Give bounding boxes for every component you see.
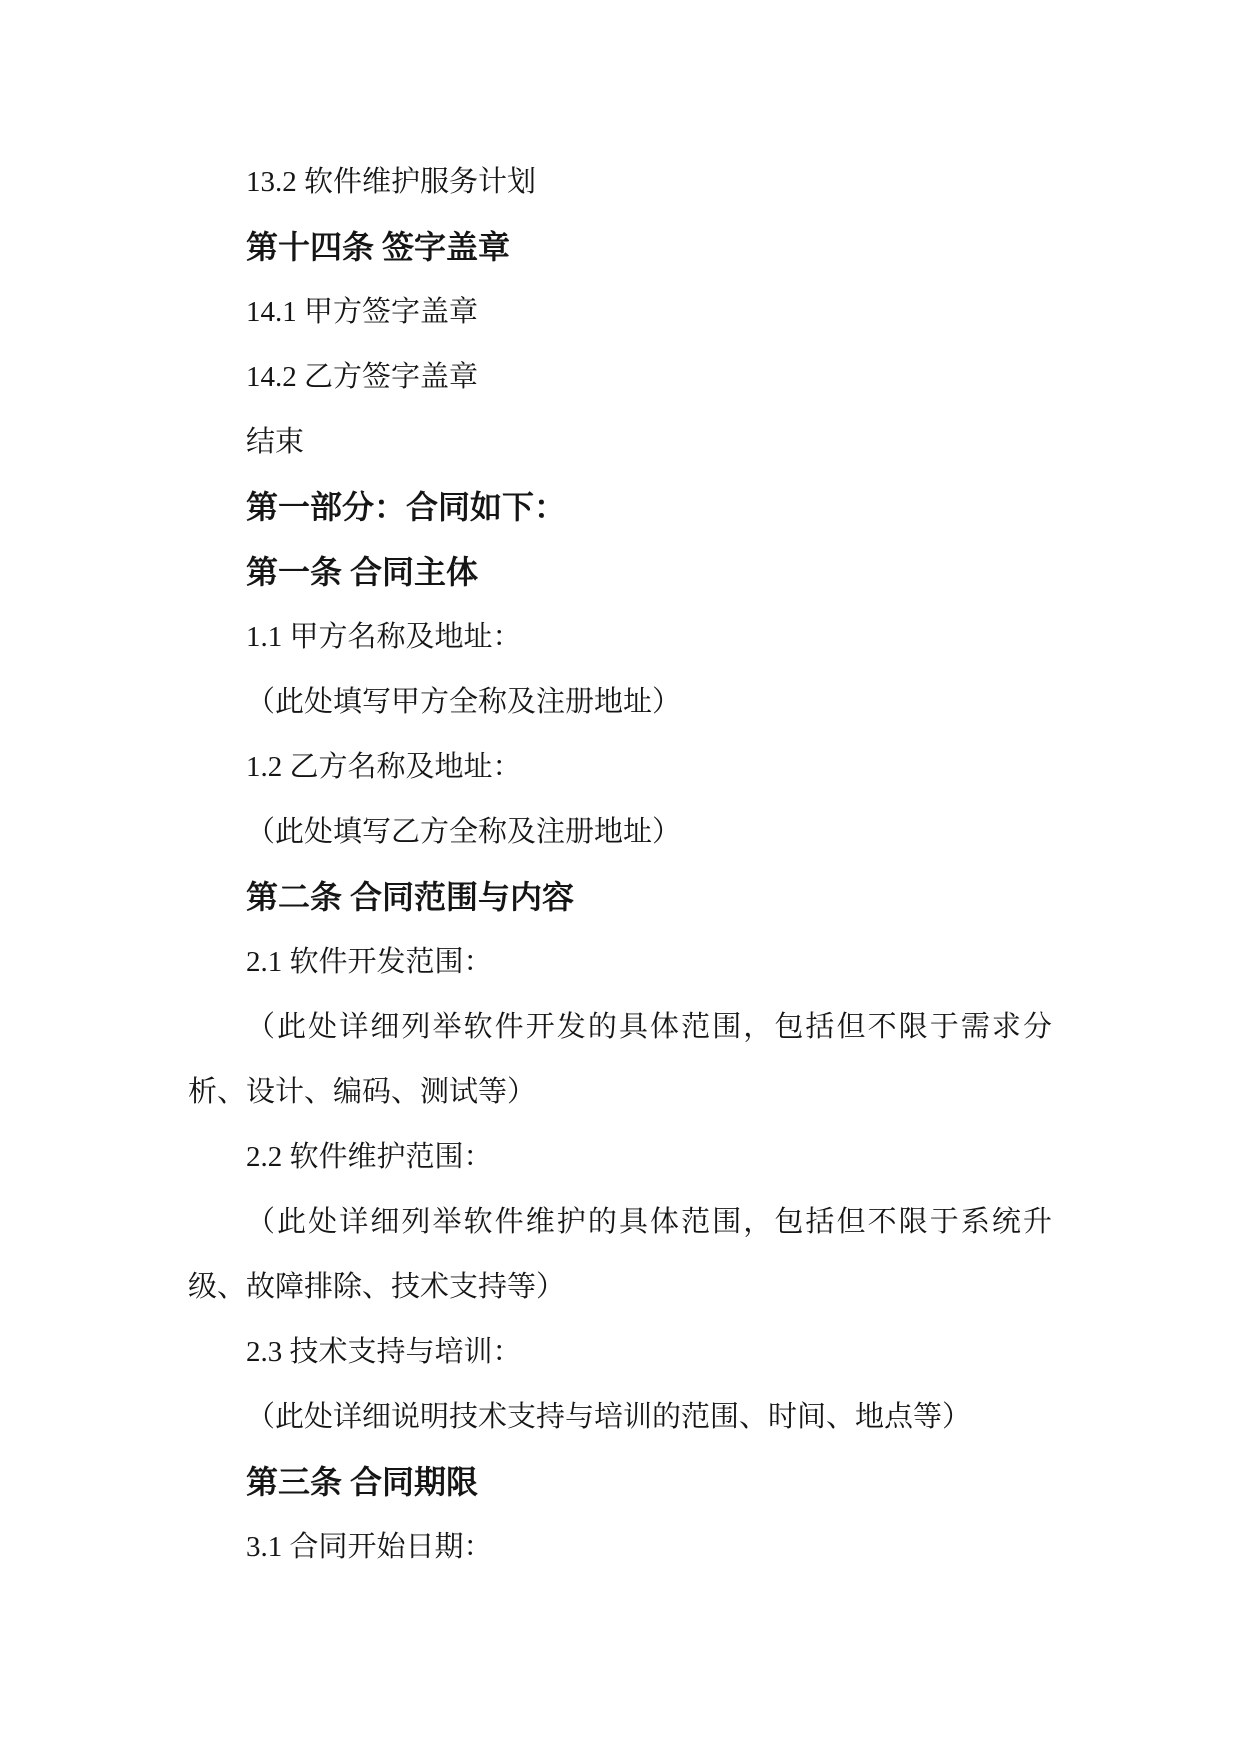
heading-line: 第三条 合同期限 [188, 1450, 1052, 1515]
text-line: （此处详细列举软件维护的具体范围，包括但不限于系统升 [188, 1190, 1052, 1255]
heading-line: 第一部分：合同如下： [188, 475, 1052, 540]
text-line: 2.2 软件维护范围： [188, 1125, 1052, 1190]
text-line: 13.2 软件维护服务计划 [188, 150, 1052, 215]
document-page: 13.2 软件维护服务计划第十四条 签字盖章14.1 甲方签字盖章14.2 乙方… [0, 0, 1240, 1753]
text-line: 1.1 甲方名称及地址： [188, 605, 1052, 670]
heading-line: 第一条 合同主体 [188, 540, 1052, 605]
text-line: （此处填写甲方全称及注册地址） [188, 670, 1052, 735]
text-line: （此处详细说明技术支持与培训的范围、时间、地点等） [188, 1385, 1052, 1450]
document-body: 13.2 软件维护服务计划第十四条 签字盖章14.1 甲方签字盖章14.2 乙方… [188, 150, 1052, 1580]
text-line: 2.1 软件开发范围： [188, 930, 1052, 995]
heading-line: 第十四条 签字盖章 [188, 215, 1052, 280]
text-line: 3.1 合同开始日期： [188, 1515, 1052, 1580]
text-line: 结束 [188, 410, 1052, 475]
text-line: 14.1 甲方签字盖章 [188, 280, 1052, 345]
text-line: 1.2 乙方名称及地址： [188, 735, 1052, 800]
text-line: 14.2 乙方签字盖章 [188, 345, 1052, 410]
text-line: （此处详细列举软件开发的具体范围，包括但不限于需求分 [188, 995, 1052, 1060]
text-line: （此处填写乙方全称及注册地址） [188, 800, 1052, 865]
text-line: 析、设计、编码、测试等） [188, 1060, 1052, 1125]
text-line: 级、故障排除、技术支持等） [188, 1255, 1052, 1320]
heading-line: 第二条 合同范围与内容 [188, 865, 1052, 930]
text-line: 2.3 技术支持与培训： [188, 1320, 1052, 1385]
